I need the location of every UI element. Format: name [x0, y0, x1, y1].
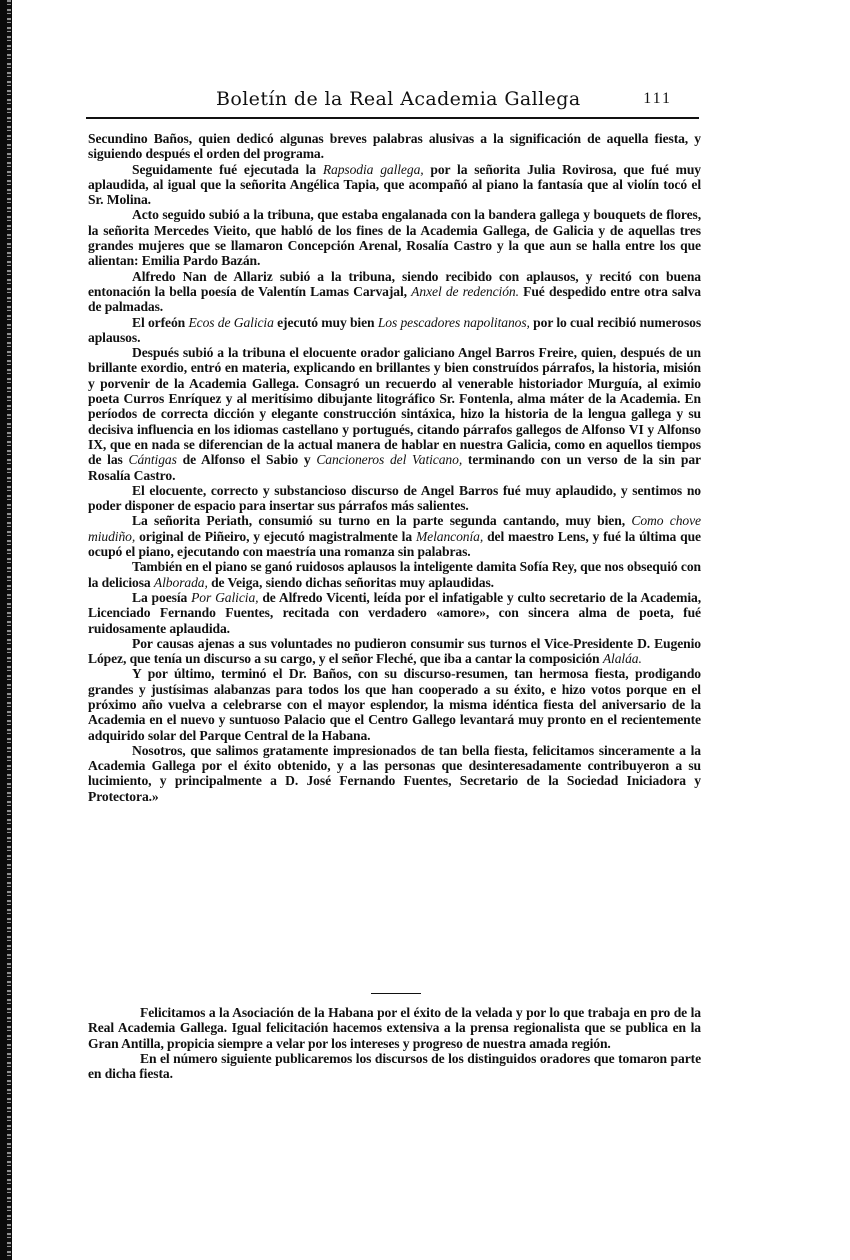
header-rule: [86, 117, 699, 119]
article-paragraph: La señorita Periath, consumió su turno e…: [88, 513, 701, 559]
article-paragraph: La poesía Por Galicia, de Alfredo Vicent…: [88, 590, 701, 636]
text-run: El elocuente, correcto y substancioso di…: [88, 483, 701, 513]
page-number: 111: [643, 90, 672, 108]
section-separator: [371, 993, 421, 994]
text-run: ejecutó muy bien: [274, 315, 378, 330]
italic-title: Cancioneros del Vaticano,: [316, 452, 462, 467]
text-run: Acto seguido subió a la tribuna, que est…: [88, 207, 701, 268]
italic-title: Alaláa.: [603, 651, 642, 666]
italic-title: Los pescadores napolitanos,: [378, 315, 530, 330]
article-paragraph: Acto seguido subió a la tribuna, que est…: [88, 207, 701, 268]
article-paragraph: El orfeón Ecos de Galicia ejecutó muy bi…: [88, 315, 701, 346]
text-run: de Veiga, siendo dichas señoritas muy ap…: [208, 575, 494, 590]
closing-paragraph: En el número siguiente publicaremos los …: [88, 1051, 701, 1082]
running-header: Boletín de la Real Academia Gallega 111: [88, 88, 700, 112]
text-run: Después subió a la tribuna el elocuente …: [88, 345, 701, 467]
article-paragraph: Nosotros, que salimos gratamente impresi…: [88, 743, 701, 804]
article-paragraph: Por causas ajenas a sus voluntades no pu…: [88, 636, 701, 667]
article-paragraph: El elocuente, correcto y substancioso di…: [88, 483, 701, 514]
article-paragraph: Y por último, terminó el Dr. Baños, con …: [88, 666, 701, 742]
text-run: Seguidamente fué ejecutada la: [132, 162, 323, 177]
italic-title: Rapsodia gallega,: [323, 162, 424, 177]
italic-title: Alborada,: [154, 575, 208, 590]
closing-body: Felicitamos a la Asociación de la Habana…: [88, 1005, 701, 1081]
closing-paragraph: Felicitamos a la Asociación de la Habana…: [88, 1005, 701, 1051]
article-paragraph: Después subió a la tribuna el elocuente …: [88, 345, 701, 483]
italic-title: Anxel de redención.: [411, 284, 519, 299]
article-body: Secundino Baños, quien dedicó algunas br…: [88, 131, 701, 804]
text-run: original de Piñeiro, y ejecutó magistral…: [135, 529, 416, 544]
text-run: Secundino Baños, quien dedicó algunas br…: [88, 131, 701, 161]
text-run: La señorita Periath, consumió su turno e…: [132, 513, 631, 528]
text-run: La poesía: [132, 590, 191, 605]
text-run: Y por último, terminó el Dr. Baños, con …: [88, 666, 701, 742]
italic-title: Por Galicia,: [191, 590, 258, 605]
italic-title: Ecos de Galicia: [188, 315, 273, 330]
article-paragraph: Alfredo Nan de Allariz subió a la tribun…: [88, 269, 701, 315]
italic-title: Cántigas: [129, 452, 177, 467]
article-paragraph: Secundino Baños, quien dedicó algunas br…: [88, 131, 701, 162]
scan-binding-edge: [0, 0, 12, 1260]
text-run: de Alfonso el Sabio y: [177, 452, 316, 467]
text-run: El orfeón: [132, 315, 188, 330]
article-paragraph: Seguidamente fué ejecutada la Rapsodia g…: [88, 162, 701, 208]
text-run: Nosotros, que salimos gratamente impresi…: [88, 743, 701, 804]
running-title: Boletín de la Real Academia Gallega: [216, 88, 581, 110]
italic-title: Melanconía,: [416, 529, 483, 544]
article-paragraph: También en el piano se ganó ruidosos apl…: [88, 559, 701, 590]
